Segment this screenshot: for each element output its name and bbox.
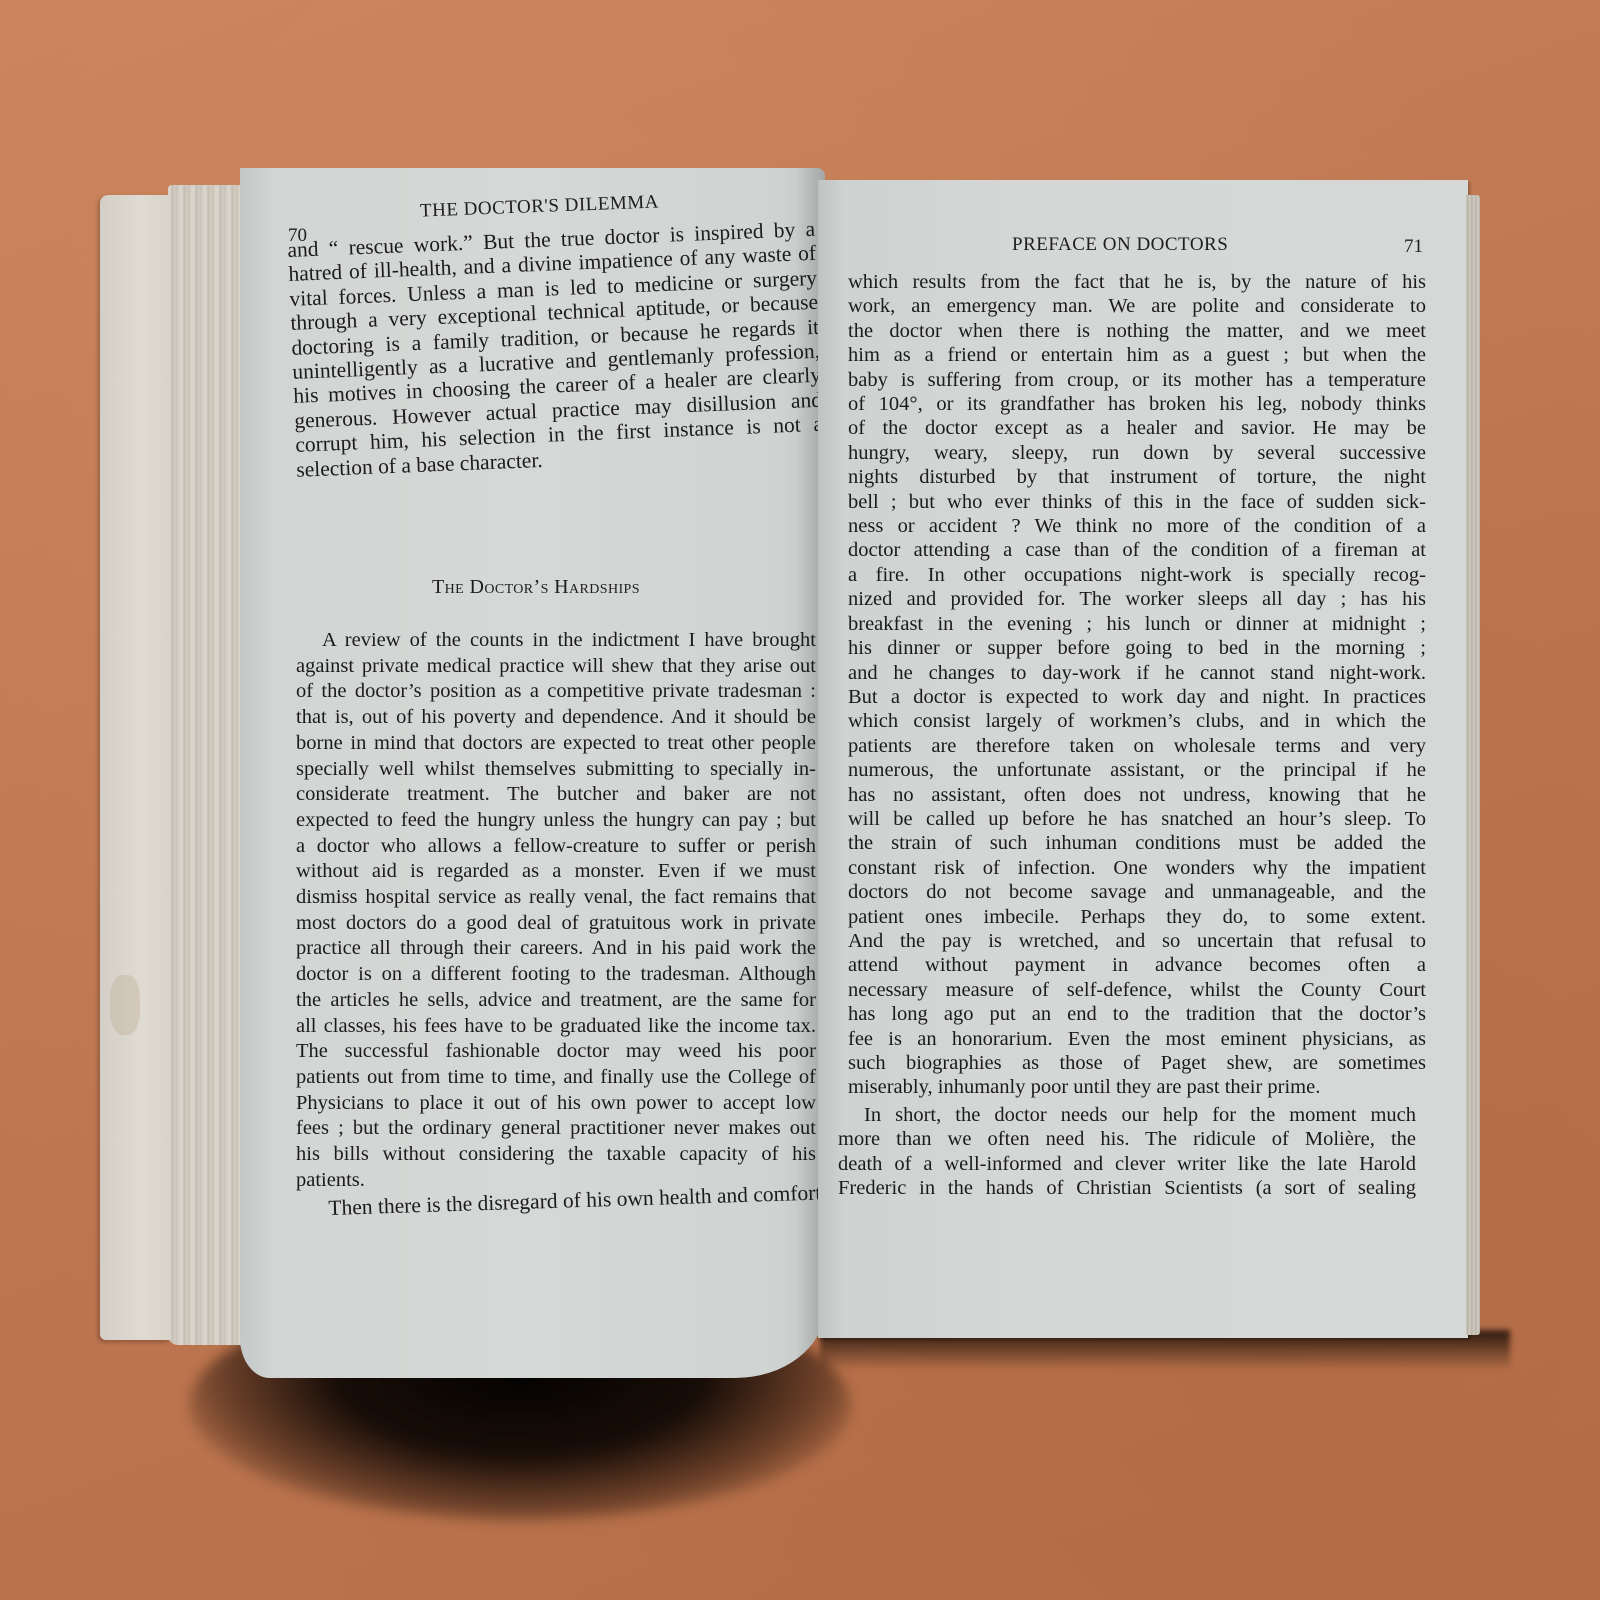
text-line: fee is an honorarium. Even the most emin… — [848, 1027, 1426, 1051]
text-line: the doctor when there is nothing the mat… — [848, 319, 1426, 343]
right-page-number: 71 — [1404, 236, 1423, 258]
book-cover-edge — [100, 195, 170, 1340]
text-line: a doctor who allows a fellow-creature to… — [296, 834, 816, 860]
text-line: of the doctor except as a healer and sav… — [848, 416, 1426, 440]
text-line: But a doctor is expected to work day and… — [848, 685, 1426, 709]
text-line: expected to feed the hungry unless the h… — [296, 808, 816, 834]
text-line: practice all through their careers. And … — [296, 936, 816, 962]
left-paragraph-2: A review of the counts in the indictment… — [296, 628, 816, 1193]
text-line: doctor attending a case than of the cond… — [848, 538, 1426, 562]
text-line: him as a friend or entertain him as a gu… — [848, 343, 1426, 367]
text-line: A review of the counts in the indictment… — [296, 628, 816, 654]
text-line: hungry, weary, sleepy, run down by sever… — [848, 441, 1426, 465]
photo-scene: THE DOCTOR'S DILEMMA 70 and “ rescue wor… — [0, 0, 1600, 1600]
text-line: has long ago put an end to the tradition… — [848, 1002, 1426, 1026]
text-line: the articles he sells, advice and treatm… — [296, 988, 816, 1014]
text-line: which consist largely of workmen’s clubs… — [848, 709, 1426, 733]
text-line: borne in mind that doctors are expected … — [296, 731, 816, 757]
text-line: that is, out of his poverty and dependen… — [296, 705, 816, 731]
text-line: constant risk of infection. One wonders … — [848, 856, 1426, 880]
page-stack-left — [168, 185, 248, 1345]
text-line: nized and provided for. The worker sleep… — [848, 587, 1426, 611]
text-line: has no assistant, often does not undress… — [848, 783, 1426, 807]
text-line: Frederic in the hands of Christian Scien… — [838, 1176, 1416, 1200]
section-heading: The Doctor’s Hardships — [432, 576, 640, 599]
text-line: without aid is regarded as a monster. Ev… — [296, 859, 816, 885]
text-line: which results from the fact that he is, … — [848, 270, 1426, 294]
text-line: patients out from time to time, and fina… — [296, 1065, 816, 1091]
text-line: more than we often need his. The ridicul… — [838, 1127, 1416, 1151]
right-running-head: PREFACE ON DOCTORS — [1012, 234, 1228, 256]
text-line: a fire. In other occupations night-work … — [848, 563, 1426, 587]
text-line: his bills without considering the taxabl… — [296, 1142, 816, 1168]
text-line: attend without payment in advance become… — [848, 953, 1426, 977]
text-line: The successful fashionable doctor may we… — [296, 1039, 816, 1065]
right-paragraph-2: In short, the doctor needs our help for … — [838, 1103, 1416, 1201]
text-line: And the pay is wretched, and so uncertai… — [848, 929, 1426, 953]
text-line: of the doctor’s position as a competitiv… — [296, 679, 816, 705]
text-line: of 104°, or its grandfather has broken h… — [848, 392, 1426, 416]
text-line: In short, the doctor needs our help for … — [838, 1103, 1416, 1127]
text-line: doctor is on a different footing to the … — [296, 962, 816, 988]
text-line: breakfast in the evening ; his lunch or … — [848, 612, 1426, 636]
text-line: numerous, the unfortunate assistant, or … — [848, 758, 1426, 782]
text-line: all classes, his fees have to be graduat… — [296, 1014, 816, 1040]
text-line: considerate treatment. The butcher and b… — [296, 782, 816, 808]
left-paragraph-1: and “ rescue work.” But the true doctor … — [287, 217, 824, 482]
text-line: death of a well-informed and clever writ… — [838, 1152, 1416, 1176]
text-line: nights disturbed by that instrument of t… — [848, 465, 1426, 489]
text-line: patient ones imbecile. Perhaps they do, … — [848, 905, 1426, 929]
text-line: dismiss hospital service as really venal… — [296, 885, 816, 911]
text-line: most doctors do a good deal of gratuitou… — [296, 911, 816, 937]
text-line: against private medical practice will sh… — [296, 654, 816, 680]
text-line: patients are therefore taken on wholesal… — [848, 734, 1426, 758]
text-line: bell ; but who ever thinks of this in th… — [848, 490, 1426, 514]
text-line: ness or accident ? We think no more of t… — [848, 514, 1426, 538]
text-line: such biographies as those of Paget shew,… — [848, 1051, 1426, 1075]
text-line: necessary measure of self-defence, whils… — [848, 978, 1426, 1002]
text-line: his dinner or supper before going to bed… — [848, 636, 1426, 660]
text-line: fees ; but the ordinary general practiti… — [296, 1116, 816, 1142]
right-paragraph-1: which results from the fact that he is, … — [848, 270, 1426, 1100]
page-stack-right — [1466, 195, 1480, 1335]
text-line: doctors do not become savage and unmanag… — [848, 880, 1426, 904]
text-line: miserably, inhumanly poor until they are… — [848, 1075, 1426, 1099]
text-line: will be called up before he has snatched… — [848, 807, 1426, 831]
text-line: work, an emergency man. We are polite an… — [848, 294, 1426, 318]
text-line: Physicians to place it out of his own po… — [296, 1091, 816, 1117]
text-line: baby is suffering from croup, or its mot… — [848, 368, 1426, 392]
text-line: and he changes to day-work if he cannot … — [848, 661, 1426, 685]
text-line: the strain of such inhuman conditions mu… — [848, 831, 1426, 855]
text-line: specially well whilst themselves submitt… — [296, 757, 816, 783]
